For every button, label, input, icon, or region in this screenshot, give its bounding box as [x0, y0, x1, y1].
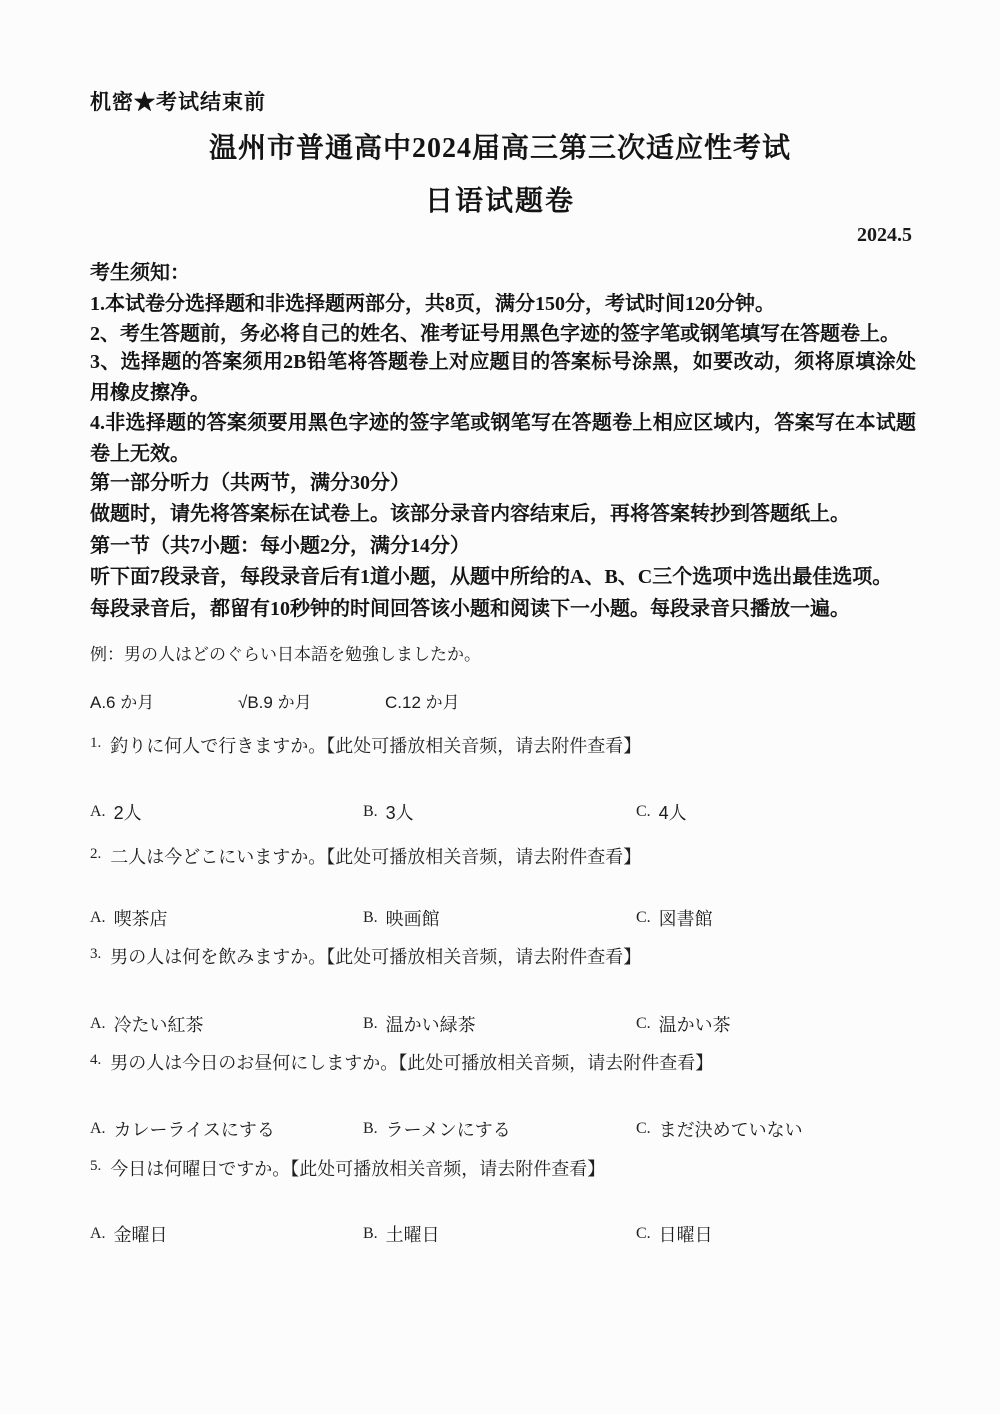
option-text: まだ決めていない	[659, 1120, 803, 1140]
option-text: 喫茶店	[114, 909, 168, 929]
option-letter: C.	[636, 909, 651, 926]
option-cell-b: B.3人	[363, 799, 414, 825]
part1-heading: 第一部分听力（共两节，满分30分）	[90, 466, 410, 495]
example-option-a: A.6 か月	[90, 688, 154, 713]
option-letter: B.	[363, 1225, 378, 1242]
question-number: 5.	[90, 1158, 101, 1174]
option-text: ラーメンにする	[386, 1120, 511, 1140]
option-cell-a: A.2人	[90, 799, 142, 825]
option-cell-a: A.カレーライスにする	[90, 1116, 275, 1142]
option-cell-c: C.4人	[636, 799, 687, 825]
option-letter: A.	[90, 909, 106, 926]
notice-item-1: 1.本试卷分选择题和非选择题两部分，共8页，满分150分，考试时间120分钟。	[90, 287, 775, 316]
option-letter: C.	[636, 803, 651, 820]
question-row-3: 3.男の人は何を飲みますか。【此处可播放相关音频，请去附件查看】	[90, 943, 641, 969]
option-text: 3人	[386, 803, 414, 823]
security-label: 机密★考试结束前	[90, 86, 266, 116]
option-text: 土曜日	[386, 1225, 440, 1245]
option-cell-c: C.温かい茶	[636, 1011, 731, 1037]
question-row-1: 1.釣りに何人で行きますか。【此处可播放相关音频，请去附件查看】	[90, 732, 641, 758]
question-text: 二人は今どこにいますか。	[110, 847, 326, 867]
notice-item-2: 2、考生答题前，务必将自己的姓名、准考证号用黑色字迹的签字笔或钢笔填写在答题卷上…	[90, 317, 900, 346]
section1-heading: 第一节（共7小题：每小题2分，满分14分）	[90, 529, 470, 558]
example-option-b: √B.9 か月	[238, 688, 312, 713]
audio-note: 【此处可播放相关音频，请去附件查看】	[326, 947, 641, 967]
option-text: カレーライスにする	[114, 1120, 275, 1140]
option-cell-b: B.土曜日	[363, 1221, 440, 1247]
question-text: 今日は何曜日ですか。	[110, 1159, 290, 1179]
option-text: 温かい茶	[659, 1015, 731, 1035]
option-text: 日曜日	[659, 1225, 713, 1245]
option-cell-a: A.冷たい紅茶	[90, 1011, 204, 1037]
option-text: 4人	[659, 803, 687, 823]
option-cell-c: C.まだ決めていない	[636, 1116, 803, 1142]
option-cell-c: C.図書館	[636, 905, 713, 931]
section1-note-line2: 每段录音后，都留有10秒钟的时间回答该小题和阅读下一小题。每段录音只播放一遍。	[90, 592, 850, 621]
option-cell-b: B.ラーメンにする	[363, 1116, 511, 1142]
option-cell-c: C.日曜日	[636, 1221, 713, 1247]
question-number: 4.	[90, 1052, 101, 1068]
section1-note-line1: 听下面7段录音，每段录音后有1道小题，从题中所给的A、B、C三个选项中选出最佳选…	[90, 560, 892, 589]
question-row-4: 4.男の人は今日のお昼何にしますか。【此处可播放相关音频，请去附件查看】	[90, 1049, 713, 1075]
part1-note: 做题时，请先将答案标在试卷上。该部分录音内容结束后，再将答案转抄到答题纸上。	[90, 497, 850, 526]
question-text: 男の人は何を飲みますか。	[110, 947, 326, 967]
option-letter: C.	[636, 1120, 651, 1137]
option-text: 図書館	[659, 909, 713, 929]
option-cell-b: B.温かい緑茶	[363, 1011, 476, 1037]
exam-title: 温州市普通高中2024届高三第三次适应性考试	[0, 126, 1000, 166]
exam-subtitle: 日语试题卷	[0, 179, 1000, 219]
example-question: 例：男の人はどのぐらい日本語を勉強しましたか。	[90, 640, 481, 665]
option-letter: B.	[363, 909, 378, 926]
option-letter: B.	[363, 1120, 378, 1137]
option-text: 映画館	[386, 909, 440, 929]
audio-note: 【此处可播放相关音频，请去附件查看】	[326, 736, 641, 756]
example-option-c: C.12 か月	[385, 688, 460, 713]
notice-item-4: 4.非选择题的答案须要用黑色字迹的签字笔或钢笔写在答题卷上相应区域内，答案写在本…	[90, 408, 916, 470]
notice-heading: 考生须知：	[90, 256, 190, 285]
option-letter: A.	[90, 1225, 106, 1242]
option-text: 2人	[114, 803, 142, 823]
exam-paper-page: 机密★考试结束前 温州市普通高中2024届高三第三次适应性考试 日语试题卷 20…	[0, 0, 1000, 1414]
option-text: 金曜日	[114, 1225, 168, 1245]
question-number: 3.	[90, 946, 101, 962]
question-row-5: 5.今日は何曜日ですか。【此处可播放相关音频，请去附件查看】	[90, 1155, 605, 1181]
audio-note: 【此处可播放相关音频，请去附件查看】	[398, 1053, 713, 1073]
question-number: 1.	[90, 735, 101, 751]
question-row-2: 2.二人は今どこにいますか。【此处可播放相关音频，请去附件查看】	[90, 843, 641, 869]
option-letter: A.	[90, 1015, 106, 1032]
option-text: 冷たい紅茶	[114, 1015, 204, 1035]
option-cell-a: A.喫茶店	[90, 905, 168, 931]
question-text: 男の人は今日のお昼何にしますか。	[110, 1053, 398, 1073]
option-letter: A.	[90, 1120, 106, 1137]
audio-note: 【此处可播放相关音频，请去附件查看】	[326, 847, 641, 867]
option-cell-a: A.金曜日	[90, 1221, 168, 1247]
option-cell-b: B.映画館	[363, 905, 440, 931]
option-text: 温かい緑茶	[386, 1015, 476, 1035]
option-letter: A.	[90, 803, 106, 820]
question-number: 2.	[90, 846, 101, 862]
option-letter: C.	[636, 1015, 651, 1032]
notice-item-3: 3、选择题的答案须用2B铅笔将答题卷上对应题目的答案标号涂黑，如要改动，须将原填…	[90, 347, 916, 409]
option-letter: B.	[363, 803, 378, 820]
option-letter: C.	[636, 1225, 651, 1242]
exam-date: 2024.5	[857, 224, 912, 247]
question-text: 釣りに何人で行きますか。	[110, 736, 326, 756]
option-letter: B.	[363, 1015, 378, 1032]
audio-note: 【此处可播放相关音频，请去附件查看】	[290, 1159, 605, 1179]
